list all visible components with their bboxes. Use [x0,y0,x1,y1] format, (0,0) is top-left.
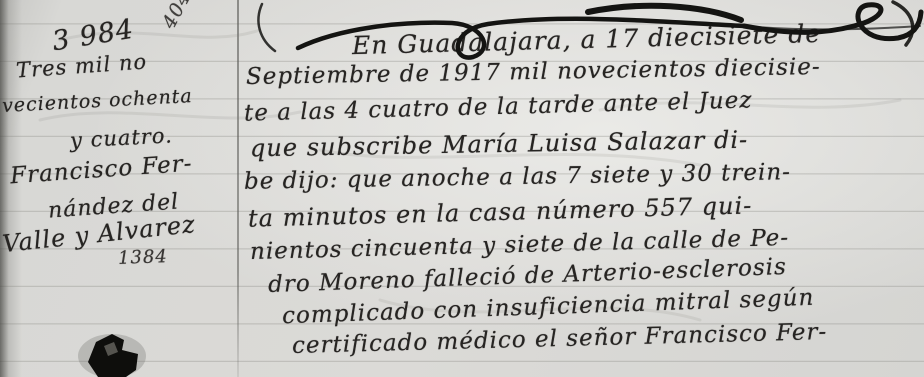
margin-sub-number: 1384 [118,246,169,269]
manuscript-line: que subscribe María Luisa Salazar di- [250,126,749,163]
manuscript-line: be dijo: que anoche a las 7 siete y 30 t… [244,159,791,195]
margin-name-line: Francisco Fer- [9,151,193,190]
margin-amount-line: vecientos ochenta [2,85,194,117]
manuscript-line: ta minutos en la casa número 557 qui- [248,191,753,232]
margin-column-rule [237,0,239,377]
folio-diagonal-note: 4040 [158,0,202,32]
margin-amount-line: y cuatro. [69,123,173,152]
manuscript-page: 3 984 4040 Tres mil no vecientos ochenta… [0,0,924,377]
manuscript-line: Septiembre de 1917 mil novecientos dieci… [246,54,821,90]
manuscript-line: te a las 4 cuatro de la tarde ante el Ju… [244,87,753,126]
manuscript-line: En Guadalajara, a 17 diecisiete de [352,19,822,60]
margin-amount-line: Tres mil no [15,49,147,82]
